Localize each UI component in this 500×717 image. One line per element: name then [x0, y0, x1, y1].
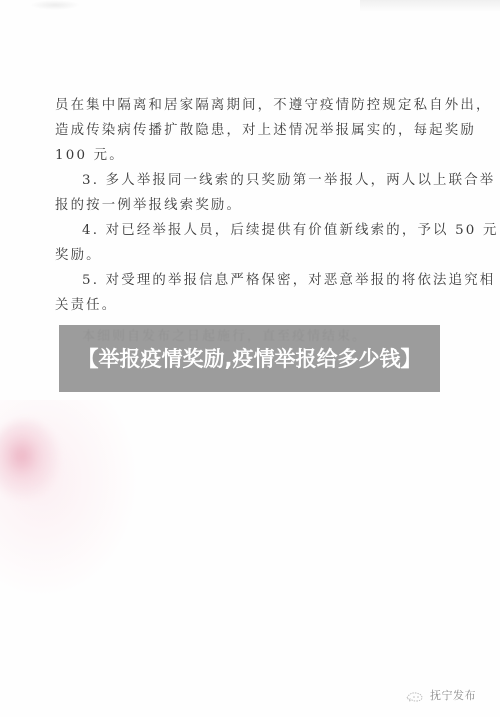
- doc-line: 关责任。: [55, 293, 445, 318]
- source-watermark: 抚宁发布: [404, 687, 476, 703]
- doc-item-4: 4. 对已经举报人员，后续提供有价值新线索的，予以 50 元: [55, 218, 445, 243]
- scan-smudge-top-left: [30, 0, 80, 10]
- doc-line: 员在集中隔离和居家隔离期间，不遵守疫情防控规定私自外出，: [55, 93, 445, 118]
- wechat-bubble-icon: [404, 688, 426, 702]
- doc-line: 造成传染病传播扩散隐患，对上述情况举报属实的，每起奖励: [55, 118, 445, 143]
- document-body: 员在集中隔离和居家隔离期间，不遵守疫情防控规定私自外出， 造成传染病传播扩散隐患…: [55, 93, 445, 318]
- doc-item-3: 3. 多人举报同一线索的只奖励第一举报人，两人以上联合举: [55, 168, 445, 193]
- scan-smudge-top-right: [360, 0, 500, 12]
- doc-item-5: 5. 对受理的举报信息严格保密，对恶意举报的将依法追究相: [55, 268, 445, 293]
- title-banner: 【举报疫情奖励,疫情举报给多少钱】: [59, 325, 440, 392]
- doc-line: 报的按一例举报线索奖励。: [55, 193, 445, 218]
- watermark-label: 抚宁发布: [430, 687, 476, 703]
- article-title: 【举报疫情奖励,疫情举报给多少钱】: [70, 346, 430, 373]
- doc-line: 奖励。: [55, 243, 445, 268]
- doc-line: 100 元。: [55, 143, 445, 168]
